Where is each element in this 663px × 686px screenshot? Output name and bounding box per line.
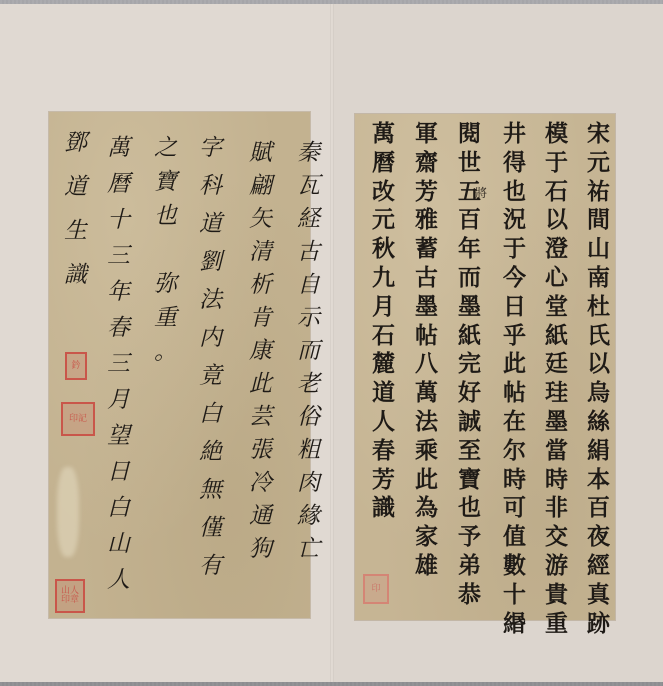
character: 字 — [199, 137, 222, 175]
character: 劉 — [199, 251, 222, 289]
character: 以 — [587, 352, 610, 381]
character: 芸 — [249, 406, 272, 439]
character: 南 — [587, 266, 610, 295]
character: 老 — [297, 373, 320, 406]
character: 清 — [249, 241, 272, 274]
right-calligraphy-leaf: 宋元祐間山南杜氏以烏絲絹本百夜經真跡模于石以澄心堂紙廷珪墨當時非交游貴重井得也況… — [355, 114, 615, 620]
red-seal-stamp: 印記 — [61, 402, 95, 436]
character: 鄧 — [64, 132, 87, 176]
character: 于 — [503, 237, 526, 266]
character: 井 — [503, 122, 526, 151]
red-seal-stamp: 鈐 — [65, 352, 87, 380]
character: 夜 — [587, 525, 610, 554]
character: 至 — [458, 439, 481, 468]
character: 年 — [458, 237, 481, 266]
text-column: 宋元祐間山南杜氏以烏絲絹本百夜經真跡 — [587, 122, 610, 640]
character: 生 — [64, 220, 87, 264]
character: 百 — [458, 208, 481, 237]
character: 宋 — [587, 122, 610, 151]
character: 完 — [458, 352, 481, 381]
character: 示 — [297, 307, 320, 340]
character: 當 — [545, 439, 568, 468]
text-column: 鄧道生識 — [64, 132, 87, 308]
character: 芳 — [415, 180, 438, 209]
character: 九 — [372, 266, 395, 295]
character: 科 — [199, 175, 222, 213]
character: 俗 — [297, 406, 320, 439]
character: 珪 — [545, 381, 568, 410]
character: 墨 — [545, 410, 568, 439]
character: 也 — [154, 205, 177, 239]
character: 墨 — [458, 295, 481, 324]
character: 帖 — [415, 324, 438, 353]
character: 為 — [415, 496, 438, 525]
character: 道 — [372, 381, 395, 410]
character: 張 — [249, 439, 272, 472]
character: 模 — [545, 122, 568, 151]
character: 堂 — [545, 295, 568, 324]
character: 麓 — [372, 352, 395, 381]
character: 亡 — [297, 538, 320, 571]
center-fold — [330, 4, 334, 682]
character: 康 — [249, 340, 272, 373]
character: 世 — [458, 151, 481, 180]
character: 白 — [199, 403, 222, 441]
character: 本 — [587, 468, 610, 497]
character: 白 — [107, 497, 130, 533]
character: 弥 — [154, 273, 177, 307]
character: 緡 — [503, 612, 526, 641]
character: 肯 — [249, 307, 272, 340]
character: 石 — [372, 324, 395, 353]
character: 紙 — [458, 324, 481, 353]
character: 紙 — [545, 324, 568, 353]
character: 時 — [545, 468, 568, 497]
character: 時 — [503, 468, 526, 497]
character: 自 — [297, 274, 320, 307]
text-column: 萬曆十三年春三月望日白山人 — [107, 137, 130, 605]
character: 烏 — [587, 381, 610, 410]
character: 曆 — [107, 173, 130, 209]
character: 家 — [415, 525, 438, 554]
character: 軍 — [415, 122, 438, 151]
character: 弟 — [458, 554, 481, 583]
character: 年 — [107, 281, 130, 317]
character: 石 — [545, 180, 568, 209]
character: 望 — [107, 425, 130, 461]
character: 予 — [458, 525, 481, 554]
character: 帖 — [503, 381, 526, 410]
character: 百 — [587, 496, 610, 525]
character: 絹 — [587, 439, 610, 468]
character: 經 — [587, 554, 610, 583]
character: 絶 — [199, 441, 222, 479]
character: 之 — [154, 137, 177, 171]
character: 内 — [199, 327, 222, 365]
character: 三 — [107, 245, 130, 281]
character: 況 — [503, 208, 526, 237]
character: 雅 — [415, 208, 438, 237]
character: 冷 — [249, 472, 272, 505]
character: 也 — [458, 496, 481, 525]
character: 真 — [587, 583, 610, 612]
character: 日 — [107, 461, 130, 497]
text-column: 秦瓦経古自示而老俗粗肉緣亡 — [297, 142, 320, 571]
red-seal-stamp: 印 — [363, 574, 389, 604]
character: 此 — [415, 468, 438, 497]
paper-stain — [57, 467, 79, 557]
character: 僅 — [199, 517, 222, 555]
character: 祐 — [587, 180, 610, 209]
character: 識 — [64, 264, 87, 308]
character: 心 — [545, 266, 568, 295]
character: 萬 — [415, 381, 438, 410]
character: 経 — [297, 208, 320, 241]
character: 改 — [372, 180, 395, 209]
text-column: 軍齋芳雅蓄古墨帖八萬法乘此為家雄 — [415, 122, 438, 583]
character: 山 — [587, 237, 610, 266]
character: 恭 — [458, 583, 481, 612]
character: 游 — [545, 554, 568, 583]
character: 萬 — [372, 122, 395, 151]
character: 尔 — [503, 439, 526, 468]
character: 以 — [545, 208, 568, 237]
character: 。 — [154, 341, 177, 375]
character: 瓦 — [297, 175, 320, 208]
character: 秋 — [372, 237, 395, 266]
character: 萬 — [107, 137, 130, 173]
character: 而 — [458, 266, 481, 295]
character: 齋 — [415, 151, 438, 180]
character: 翩 — [249, 175, 272, 208]
character: 交 — [545, 525, 568, 554]
left-calligraphy-leaf: 秦瓦経古自示而老俗粗肉緣亡賦翩矢清析肯康此芸張冷通狗字科道劉法内竟白絶無僅有之寶… — [49, 112, 310, 618]
album-spread: 秦瓦経古自示而老俗粗肉緣亡賦翩矢清析肯康此芸張冷通狗字科道劉法内竟白絶無僅有之寶… — [0, 0, 663, 686]
character: 在 — [503, 410, 526, 439]
character: 通 — [249, 505, 272, 538]
character: 非 — [545, 496, 568, 525]
character: 氏 — [587, 324, 610, 353]
character: 竟 — [199, 365, 222, 403]
character: 也 — [503, 180, 526, 209]
text-column: 井得也況于今日乎此帖在尔時可值數十緡 — [503, 122, 526, 640]
character: 可 — [503, 496, 526, 525]
character: 月 — [107, 389, 130, 425]
character: 重 — [545, 612, 568, 641]
character: 蓄 — [415, 237, 438, 266]
character: 杜 — [587, 295, 610, 324]
character: 緣 — [297, 505, 320, 538]
character: 月 — [372, 295, 395, 324]
character: 此 — [249, 373, 272, 406]
character: 值 — [503, 525, 526, 554]
character: 法 — [415, 410, 438, 439]
character: 人 — [107, 569, 130, 605]
character: 粗 — [297, 439, 320, 472]
character: 而 — [297, 340, 320, 373]
character: 誠 — [458, 410, 481, 439]
text-column: 之寶也弥重。 — [154, 137, 177, 375]
character: 道 — [199, 213, 222, 251]
character: 析 — [249, 274, 272, 307]
character: 賦 — [249, 142, 272, 175]
character: 有 — [199, 555, 222, 593]
character: 間 — [587, 208, 610, 237]
character: 乘 — [415, 439, 438, 468]
character: 春 — [372, 439, 395, 468]
character: 此 — [503, 352, 526, 381]
interlinear-correction: 將 — [475, 184, 487, 201]
character: 日 — [503, 295, 526, 324]
character: 人 — [372, 410, 395, 439]
text-column: 字科道劉法内竟白絶無僅有 — [199, 137, 222, 593]
character: 春 — [107, 317, 130, 353]
character: 貴 — [545, 583, 568, 612]
character: 十 — [503, 583, 526, 612]
character: 于 — [545, 151, 568, 180]
character: 芳 — [372, 468, 395, 497]
character: 閱 — [458, 122, 481, 151]
character: 識 — [372, 496, 395, 525]
character: 雄 — [415, 554, 438, 583]
character: 得 — [503, 151, 526, 180]
character: 狗 — [249, 538, 272, 571]
character: 寶 — [458, 468, 481, 497]
character: 古 — [415, 266, 438, 295]
character: 絲 — [587, 410, 610, 439]
character: 三 — [107, 353, 130, 389]
character: 重 — [154, 307, 177, 341]
character: 元 — [587, 151, 610, 180]
character: 寶 — [154, 171, 177, 205]
character: 廷 — [545, 352, 568, 381]
character: 澄 — [545, 237, 568, 266]
text-column: 模于石以澄心堂紙廷珪墨當時非交游貴重 — [545, 122, 568, 640]
character: 十 — [107, 209, 130, 245]
character: 法 — [199, 289, 222, 327]
character: 今 — [503, 266, 526, 295]
text-column: 萬曆改元秋九月石麓道人春芳識 — [372, 122, 395, 525]
character: 元 — [372, 208, 395, 237]
character: 乎 — [503, 324, 526, 353]
text-column: 賦翩矢清析肯康此芸張冷通狗 — [249, 142, 272, 571]
character: 跡 — [587, 612, 610, 641]
character: 道 — [64, 176, 87, 220]
character: 數 — [503, 554, 526, 583]
character: 好 — [458, 381, 481, 410]
character: 墨 — [415, 295, 438, 324]
character: 山 — [107, 533, 130, 569]
red-seal-stamp: 山人 印章 — [55, 579, 85, 613]
character: 古 — [297, 241, 320, 274]
character: 肉 — [297, 472, 320, 505]
character: 八 — [415, 352, 438, 381]
character: 秦 — [297, 142, 320, 175]
character: 矢 — [249, 208, 272, 241]
character: 曆 — [372, 151, 395, 180]
character: 無 — [199, 479, 222, 517]
